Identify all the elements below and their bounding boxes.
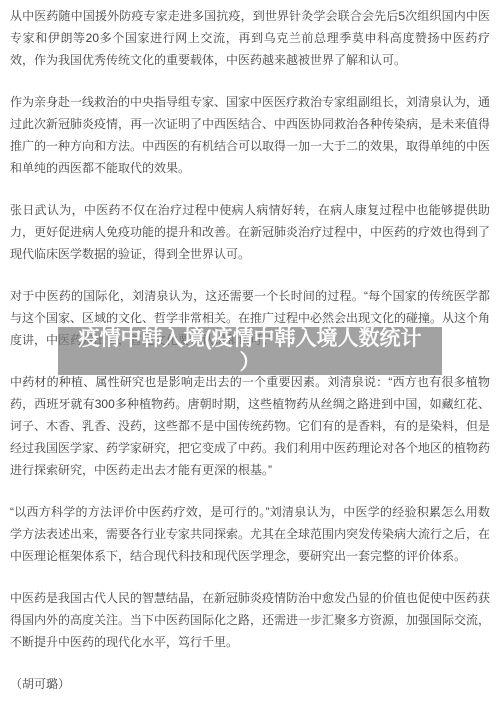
- paragraph-5: 中药材的种植、属性研究也是影响走出去的一个重要因素。刘清泉说：“西方也有很多植物…: [10, 371, 490, 481]
- author-line: （胡可璐）: [10, 673, 490, 695]
- paragraph-1: 从中医药随中国援外防疫专家走进多国抗疫，到世界针灸学会联合会先后5次组织国内中医…: [10, 5, 490, 71]
- article-page: 从中医药随中国援外防疫专家走进多国抗疫，到世界针灸学会联合会先后5次组织国内中医…: [0, 0, 500, 701]
- overlay-title-line-2: ）: [58, 351, 442, 375]
- paragraph-7: 中医药是我国古代人民的智慧结晶，在新冠肺炎疫情防治中愈发凸显的价值也促使中医药获…: [10, 587, 490, 653]
- paragraph-2: 作为亲身赴一线救治的中央指导组专家、国家中医医疗救治专家组副组长，刘清泉认为，通…: [10, 91, 490, 179]
- paragraph-3: 张日武认为，中医药不仅在治疗过程中使病人病情好转，在病人康复过程中也能够提供助力…: [10, 199, 490, 265]
- overlay-title-line-1: 疫情中韩入境(疫情中韩入境人数统计: [58, 327, 442, 351]
- paragraph-6: “以西方科学的方法评价中医药疗效，是可行的。”刘清泉认为，中医学的经验积累怎么用…: [10, 501, 490, 567]
- title-overlay: 疫情中韩入境(疫情中韩入境人数统计 ）: [58, 327, 442, 375]
